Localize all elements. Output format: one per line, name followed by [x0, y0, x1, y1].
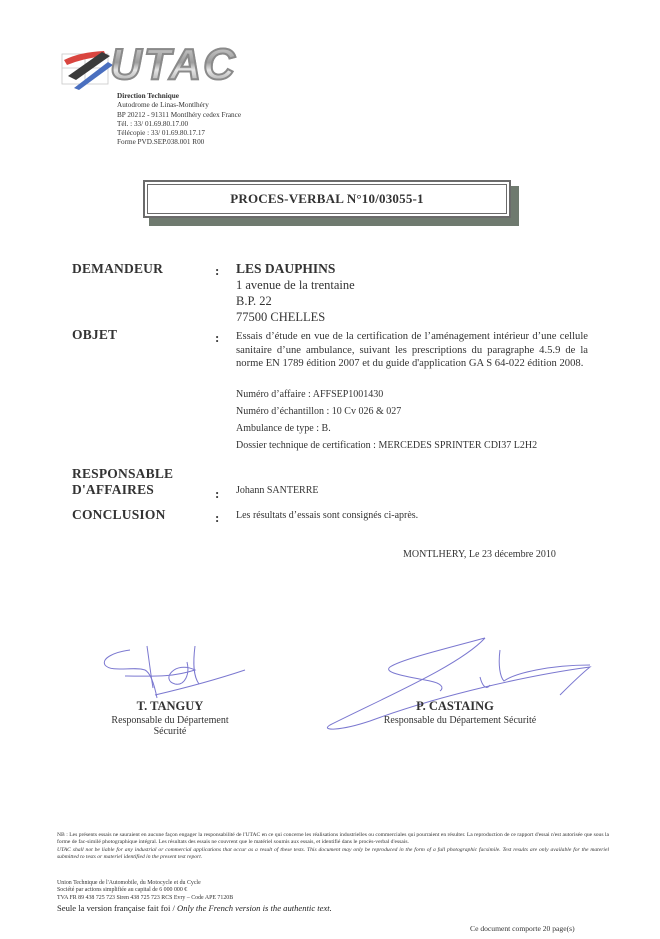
signatory-role: Responsable du Département Sécurité: [360, 715, 560, 726]
signatory-role: Responsable du Département Sécurité: [105, 715, 235, 737]
signatory-name: P. CASTAING: [390, 699, 520, 714]
responsable-name: Johann SANTERRE: [236, 485, 319, 496]
language-notice: Seule la version française fait foi / On…: [57, 903, 332, 913]
document-title: PROCES-VERBAL N°10/03055-1: [230, 191, 424, 207]
objet-detail: Dossier technique de certification : MER…: [236, 440, 537, 451]
disclaimer: NB : Les présents essais ne sauraient en…: [57, 832, 609, 862]
signatory-name: T. TANGUY: [115, 699, 225, 714]
label-objet: OBJET: [72, 327, 117, 343]
address-line: Forme PVD.SEP.038.001 R00: [117, 138, 241, 147]
language-notice-en: Only the French version is the authentic…: [177, 903, 332, 913]
place-date: MONTLHERY, Le 23 décembre 2010: [403, 549, 556, 560]
company-line: TVA FR 89 438 725 723 Siren 438 725 723 …: [57, 895, 233, 902]
label-demandeur: DEMANDEUR: [72, 261, 163, 277]
disclaimer-fr: NB : Les présents essais ne sauraient en…: [57, 832, 609, 845]
company-line: Société par actions simplifiée au capita…: [57, 887, 233, 894]
address-line: BP 20212 - 91311 Montlhéry cedex France: [117, 111, 241, 120]
objet-detail: Numéro d’échantillon : 10 Cv 026 & 027: [236, 406, 401, 417]
page-count: Ce document comporte 20 page(s): [470, 924, 575, 933]
colon: :: [215, 330, 219, 346]
demandeur-address-line: B.P. 22: [236, 294, 272, 309]
address-line: Direction Technique: [117, 92, 241, 101]
label-affaires: D'AFFAIRES: [72, 482, 154, 498]
objet-description: Essais d’étude en vue de la certificatio…: [236, 330, 588, 371]
utac-logo-text: UTAC: [110, 40, 237, 90]
colon: :: [215, 510, 219, 526]
language-notice-fr: Seule la version française fait foi /: [57, 903, 177, 913]
demandeur-address-line: 1 avenue de la trentaine: [236, 278, 355, 293]
sender-address: Direction Technique Autodrome de Linas-M…: [117, 92, 241, 148]
conclusion-value: Les résultats d’essais sont consignés ci…: [236, 510, 418, 521]
address-line: Tél. : 33/ 01.69.80.17.00: [117, 120, 241, 129]
objet-detail: Ambulance de type : B.: [236, 423, 331, 434]
demandeur-address-line: 77500 CHELLES: [236, 310, 325, 325]
address-line: Autodrome de Linas-Montlhéry: [117, 101, 241, 110]
label-responsable: RESPONSABLE: [72, 466, 173, 482]
company-info: Union Technique de l'Automobile, du Moto…: [57, 880, 233, 902]
colon: :: [215, 263, 219, 279]
colon: :: [215, 486, 219, 502]
objet-detail: Numéro d’affaire : AFFSEP1001430: [236, 389, 383, 400]
label-conclusion: CONCLUSION: [72, 507, 166, 523]
disclaimer-en: UTAC shall not be liable for any industr…: [57, 847, 609, 860]
address-line: Télécopie : 33/ 01.69.80.17.17: [117, 129, 241, 138]
title-box: PROCES-VERBAL N°10/03055-1: [143, 180, 511, 218]
demandeur-name: LES DAUPHINS: [236, 261, 335, 277]
